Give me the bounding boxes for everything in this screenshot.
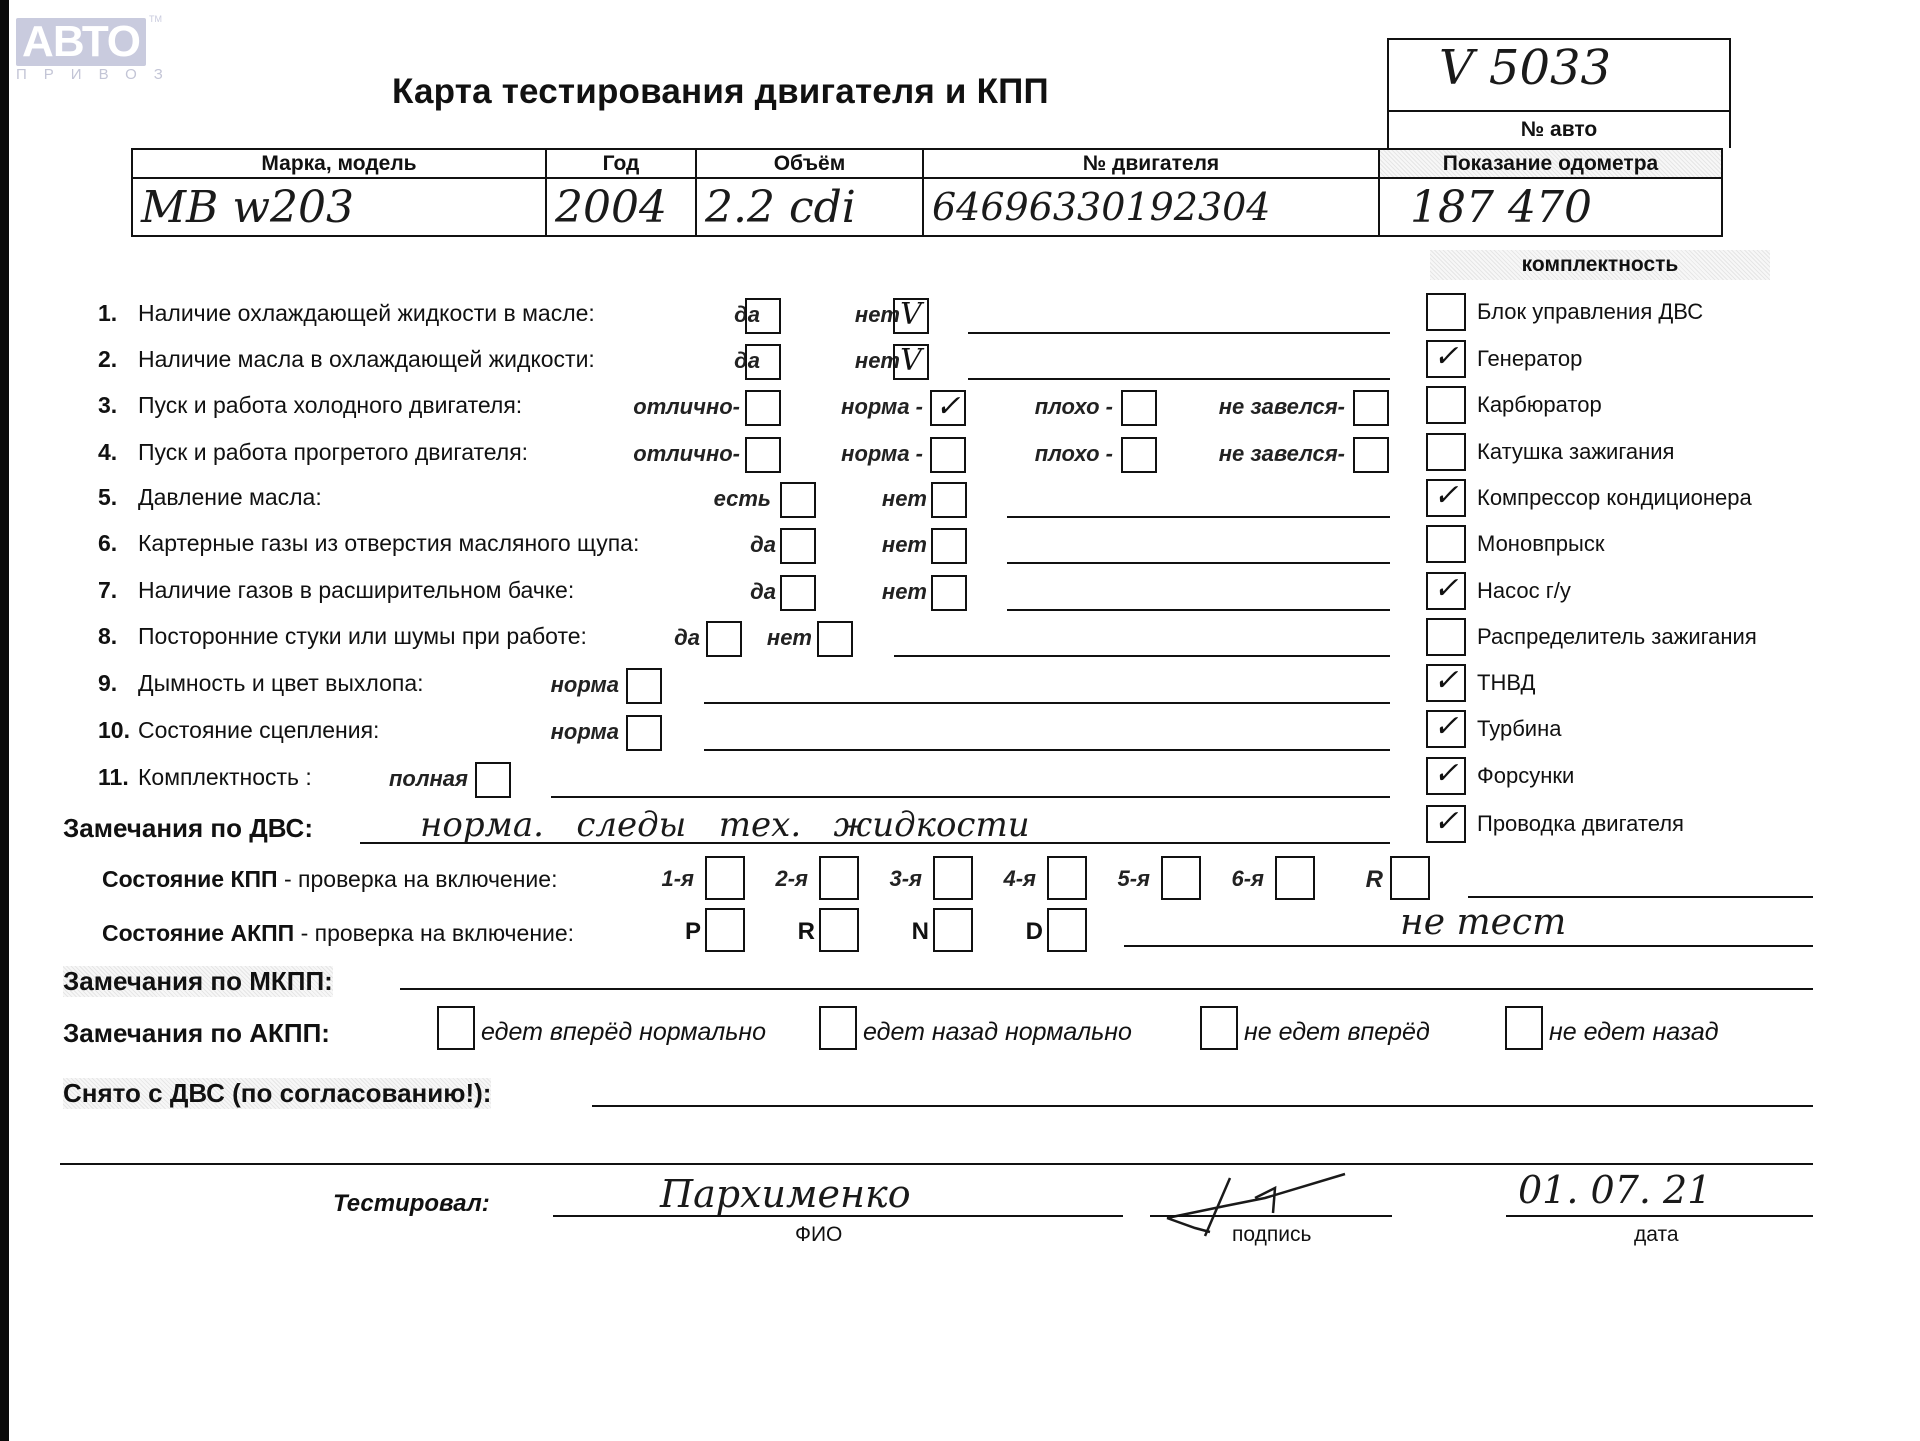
check-number: 2.: [98, 346, 117, 373]
komplektnost-item-label: Проводка двигателя: [1477, 811, 1684, 837]
checkbox-полная[interactable]: [475, 762, 511, 798]
komplektnost-checkbox[interactable]: [1426, 618, 1466, 656]
value-engine-number[interactable]: 64696330192304: [923, 178, 1379, 236]
value-odometer[interactable]: 187 470: [1379, 178, 1722, 236]
akpp-gear-label: N: [889, 918, 929, 946]
option-label: нет: [777, 532, 927, 558]
fio-caption: ФИО: [795, 1223, 842, 1247]
checkbox-норма[interactable]: [626, 668, 662, 704]
check-label: Пуск и работа холодного двигателя:: [138, 392, 522, 419]
tester-fio-value[interactable]: Пархименко: [660, 1172, 911, 1216]
checkbox-нет[interactable]: V: [893, 344, 929, 380]
option-label: нет: [662, 625, 812, 651]
akpp-gear-label: D: [1003, 918, 1043, 946]
komplektnost-checkbox[interactable]: ✓: [1426, 664, 1466, 702]
checkbox-нет[interactable]: V: [893, 298, 929, 334]
option-label: плохо -: [963, 441, 1113, 467]
check-number: 11.: [98, 764, 129, 791]
check-number: 1.: [98, 300, 117, 327]
option-label: плохо -: [963, 394, 1113, 420]
kpp-gear-checkbox[interactable]: [819, 856, 859, 900]
answer-line[interactable]: [551, 796, 1390, 798]
kpp-gear-label: R: [1323, 866, 1383, 894]
tested-label: Тестировал:: [333, 1190, 490, 1218]
akpp-label: Состояние АКПП - проверка на включение:: [102, 920, 574, 947]
check-label: Картерные газы из отверстия масляного щу…: [138, 530, 639, 557]
komplektnost-item-label: Форсунки: [1477, 763, 1574, 789]
check-number: 5.: [98, 484, 117, 511]
option-label: да: [626, 532, 776, 558]
check-number: 3.: [98, 392, 117, 419]
check-label: Наличие масла в охлаждающей жидкости:: [138, 346, 595, 373]
kpp-gear-checkbox[interactable]: [1161, 856, 1201, 900]
answer-line[interactable]: [968, 332, 1390, 334]
akpp-remark-checkbox[interactable]: [1505, 1006, 1543, 1050]
date-caption: дата: [1634, 1223, 1679, 1247]
header-make-model: Марка, модель: [132, 149, 546, 178]
komplektnost-item-label: Катушка зажигания: [1477, 439, 1674, 465]
date-value[interactable]: 01. 07. 21: [1518, 1168, 1711, 1212]
komplektnost-item-label: Турбина: [1477, 716, 1561, 742]
option-label: норма -: [773, 394, 923, 420]
auto-number-value[interactable]: V 5033: [1387, 38, 1731, 110]
akpp-remark-checkbox[interactable]: [1200, 1006, 1238, 1050]
check-number: 8.: [98, 623, 117, 650]
komplektnost-item-label: Распределитель зажигания: [1477, 624, 1757, 650]
check-number: 6.: [98, 530, 117, 557]
fio-line: [553, 1215, 1123, 1217]
akpp-gear-checkbox[interactable]: [933, 908, 973, 952]
remarks-engine-line: [360, 842, 1390, 844]
kpp-label: Состояние КПП - проверка на включение:: [102, 866, 557, 893]
answer-line[interactable]: [894, 655, 1390, 657]
komplektnost-item-label: Моновпрыск: [1477, 531, 1604, 557]
option-label: не завелся-: [1195, 441, 1345, 467]
answer-line[interactable]: [1007, 562, 1390, 564]
check-label: Комплектность :: [138, 764, 312, 791]
option-label: да: [626, 579, 776, 605]
option-label: отлично-: [590, 394, 740, 420]
akpp-gear-checkbox[interactable]: [705, 908, 745, 952]
kpp-gear-checkbox[interactable]: [705, 856, 745, 900]
komplektnost-checkbox[interactable]: [1426, 525, 1466, 563]
komplektnost-checkbox[interactable]: [1426, 386, 1466, 424]
answer-line[interactable]: [968, 378, 1390, 380]
option-label: не завелся-: [1195, 394, 1345, 420]
kpp-gear-checkbox[interactable]: [1047, 856, 1087, 900]
akpp-remark-label: не едет назад: [1549, 1018, 1719, 1047]
avto-privoz-logo: АВТО: [16, 18, 146, 66]
date-line: [1506, 1215, 1813, 1217]
akpp-remark-label: едет вперёд нормально: [481, 1018, 766, 1047]
checkbox-незавелся[interactable]: [1353, 390, 1389, 426]
komplektnost-item-label: ТНВД: [1477, 670, 1535, 696]
check-label: Посторонние стуки или шумы при работе:: [138, 623, 587, 650]
checkbox-норма[interactable]: [626, 715, 662, 751]
checkbox-нет[interactable]: [931, 482, 967, 518]
komplektnost-item-label: Генератор: [1477, 346, 1582, 372]
vehicle-table: Марка, модель Год Объём № двигателя Пока…: [131, 148, 1723, 237]
akpp-gear-checkbox[interactable]: [819, 908, 859, 952]
option-label: норма: [469, 719, 619, 745]
option-label: да: [610, 348, 760, 374]
answer-line[interactable]: [704, 749, 1390, 751]
check-label: Наличие газов в расширительном бачке:: [138, 577, 574, 604]
kpp-gear-label: 3-я: [862, 866, 922, 892]
akpp-gear-checkbox[interactable]: [1047, 908, 1087, 952]
komplektnost-item-label: Карбюратор: [1477, 392, 1602, 418]
answer-line[interactable]: [1007, 609, 1390, 611]
kpp-line: [1468, 896, 1813, 898]
option-label: да: [610, 302, 760, 328]
value-volume[interactable]: 2.2 cdi: [696, 178, 923, 236]
kpp-gear-checkbox[interactable]: [1390, 856, 1430, 900]
komplektnost-item-label: Насос г/у: [1477, 578, 1571, 604]
komplektnost-checkbox[interactable]: ✓: [1426, 710, 1466, 748]
value-make-model[interactable]: MB w203: [132, 178, 546, 236]
akpp-remark-checkbox[interactable]: [437, 1006, 475, 1050]
kpp-gear-label: 5-я: [1090, 866, 1150, 892]
akpp-remark-label: едет назад нормально: [863, 1018, 1132, 1047]
komplektnost-checkbox[interactable]: ✓: [1426, 757, 1466, 795]
check-label: Наличие охлаждающей жидкости в масле:: [138, 300, 595, 327]
kpp-gear-checkbox[interactable]: [1275, 856, 1315, 900]
check-label: Давление масла:: [138, 484, 322, 511]
checkbox-норма[interactable]: [930, 437, 966, 473]
kpp-gear-label: 2-я: [748, 866, 808, 892]
komplektnost-checkbox[interactable]: [1426, 293, 1466, 331]
check-number: 9.: [98, 670, 117, 697]
option-label: нет: [777, 486, 927, 512]
option-label: нет: [750, 348, 900, 374]
option-label: норма -: [773, 441, 923, 467]
scan-edge: [0, 0, 9, 1441]
trademark-mark: TM: [149, 14, 162, 24]
option-label: нет: [750, 302, 900, 328]
check-label: Пуск и работа прогретого двигателя:: [138, 439, 528, 466]
check-number: 4.: [98, 439, 117, 466]
kpp-gear-label: 4-я: [976, 866, 1036, 892]
logo-subtitle: ПРИВОЗ: [16, 66, 156, 83]
komplektnost-title: комплектность: [1430, 250, 1770, 280]
komplektnost-checkbox[interactable]: ✓: [1426, 805, 1466, 843]
page-title: Карта тестирования двигателя и КПП: [392, 72, 1049, 112]
remarks-mkpp-line[interactable]: [400, 988, 1813, 990]
komplektnost-checkbox[interactable]: ✓: [1426, 479, 1466, 517]
signature-line: [1150, 1215, 1392, 1217]
removed-line[interactable]: [592, 1105, 1813, 1107]
kpp-gear-label: 6-я: [1204, 866, 1264, 892]
separator-line: [60, 1163, 1813, 1165]
option-label: нет: [777, 579, 927, 605]
checkbox-норма[interactable]: ✓: [930, 390, 966, 426]
value-year[interactable]: 2004: [546, 178, 696, 236]
option-label: норма: [469, 672, 619, 698]
akpp-gear-label: R: [775, 918, 815, 946]
komplektnost-checkbox[interactable]: ✓: [1426, 572, 1466, 610]
option-label: отлично-: [590, 441, 740, 467]
answer-line[interactable]: [704, 702, 1390, 704]
komplektnost-checkbox[interactable]: [1426, 433, 1466, 471]
remarks-akpp-label: Замечания по АКПП:: [63, 1018, 330, 1049]
komplektnost-item-label: Компрессор кондиционера: [1477, 485, 1752, 511]
checkbox-незавелся[interactable]: [1353, 437, 1389, 473]
komplektnost-item-label: Блок управления ДВС: [1477, 299, 1703, 325]
remarks-mkpp-label: Замечания по МКПП:: [63, 966, 333, 997]
checkbox-нет[interactable]: [817, 621, 853, 657]
kpp-gear-checkbox[interactable]: [933, 856, 973, 900]
check-number: 7.: [98, 577, 117, 604]
signature-caption: подпись: [1232, 1223, 1311, 1247]
checkbox-плохо[interactable]: [1121, 437, 1157, 473]
akpp-remark-label: не едет вперёд: [1244, 1018, 1430, 1047]
komplektnost-checkbox[interactable]: ✓: [1426, 340, 1466, 378]
answer-line[interactable]: [1007, 516, 1390, 518]
check-number: 10.: [98, 717, 130, 744]
check-label: Состояние сцепления:: [138, 717, 379, 744]
checkbox-нет[interactable]: [931, 575, 967, 611]
header-year: Год: [546, 149, 696, 178]
removed-label: Снято с ДВС (по согласованию!):: [63, 1078, 491, 1109]
checkbox-плохо[interactable]: [1121, 390, 1157, 426]
header-volume: Объём: [696, 149, 923, 178]
header-engine-number: № двигателя: [923, 149, 1379, 178]
remarks-engine-label: Замечания по ДВС:: [63, 813, 313, 844]
header-odometer: Показание одометра: [1379, 149, 1722, 178]
kpp-gear-label: 1-я: [634, 866, 694, 892]
checkbox-нет[interactable]: [931, 528, 967, 564]
option-label: полная: [318, 766, 468, 792]
check-label: Дымность и цвет выхлопа:: [138, 670, 424, 697]
akpp-line: [1124, 945, 1813, 947]
option-label: есть: [621, 486, 771, 512]
auto-number-label: № авто: [1387, 110, 1731, 148]
akpp-gear-label: P: [661, 918, 701, 946]
akpp-remark-checkbox[interactable]: [819, 1006, 857, 1050]
akpp-note[interactable]: не тест: [1400, 902, 1566, 943]
remarks-engine-value[interactable]: норма. следы тех. жидкости: [420, 805, 1030, 845]
